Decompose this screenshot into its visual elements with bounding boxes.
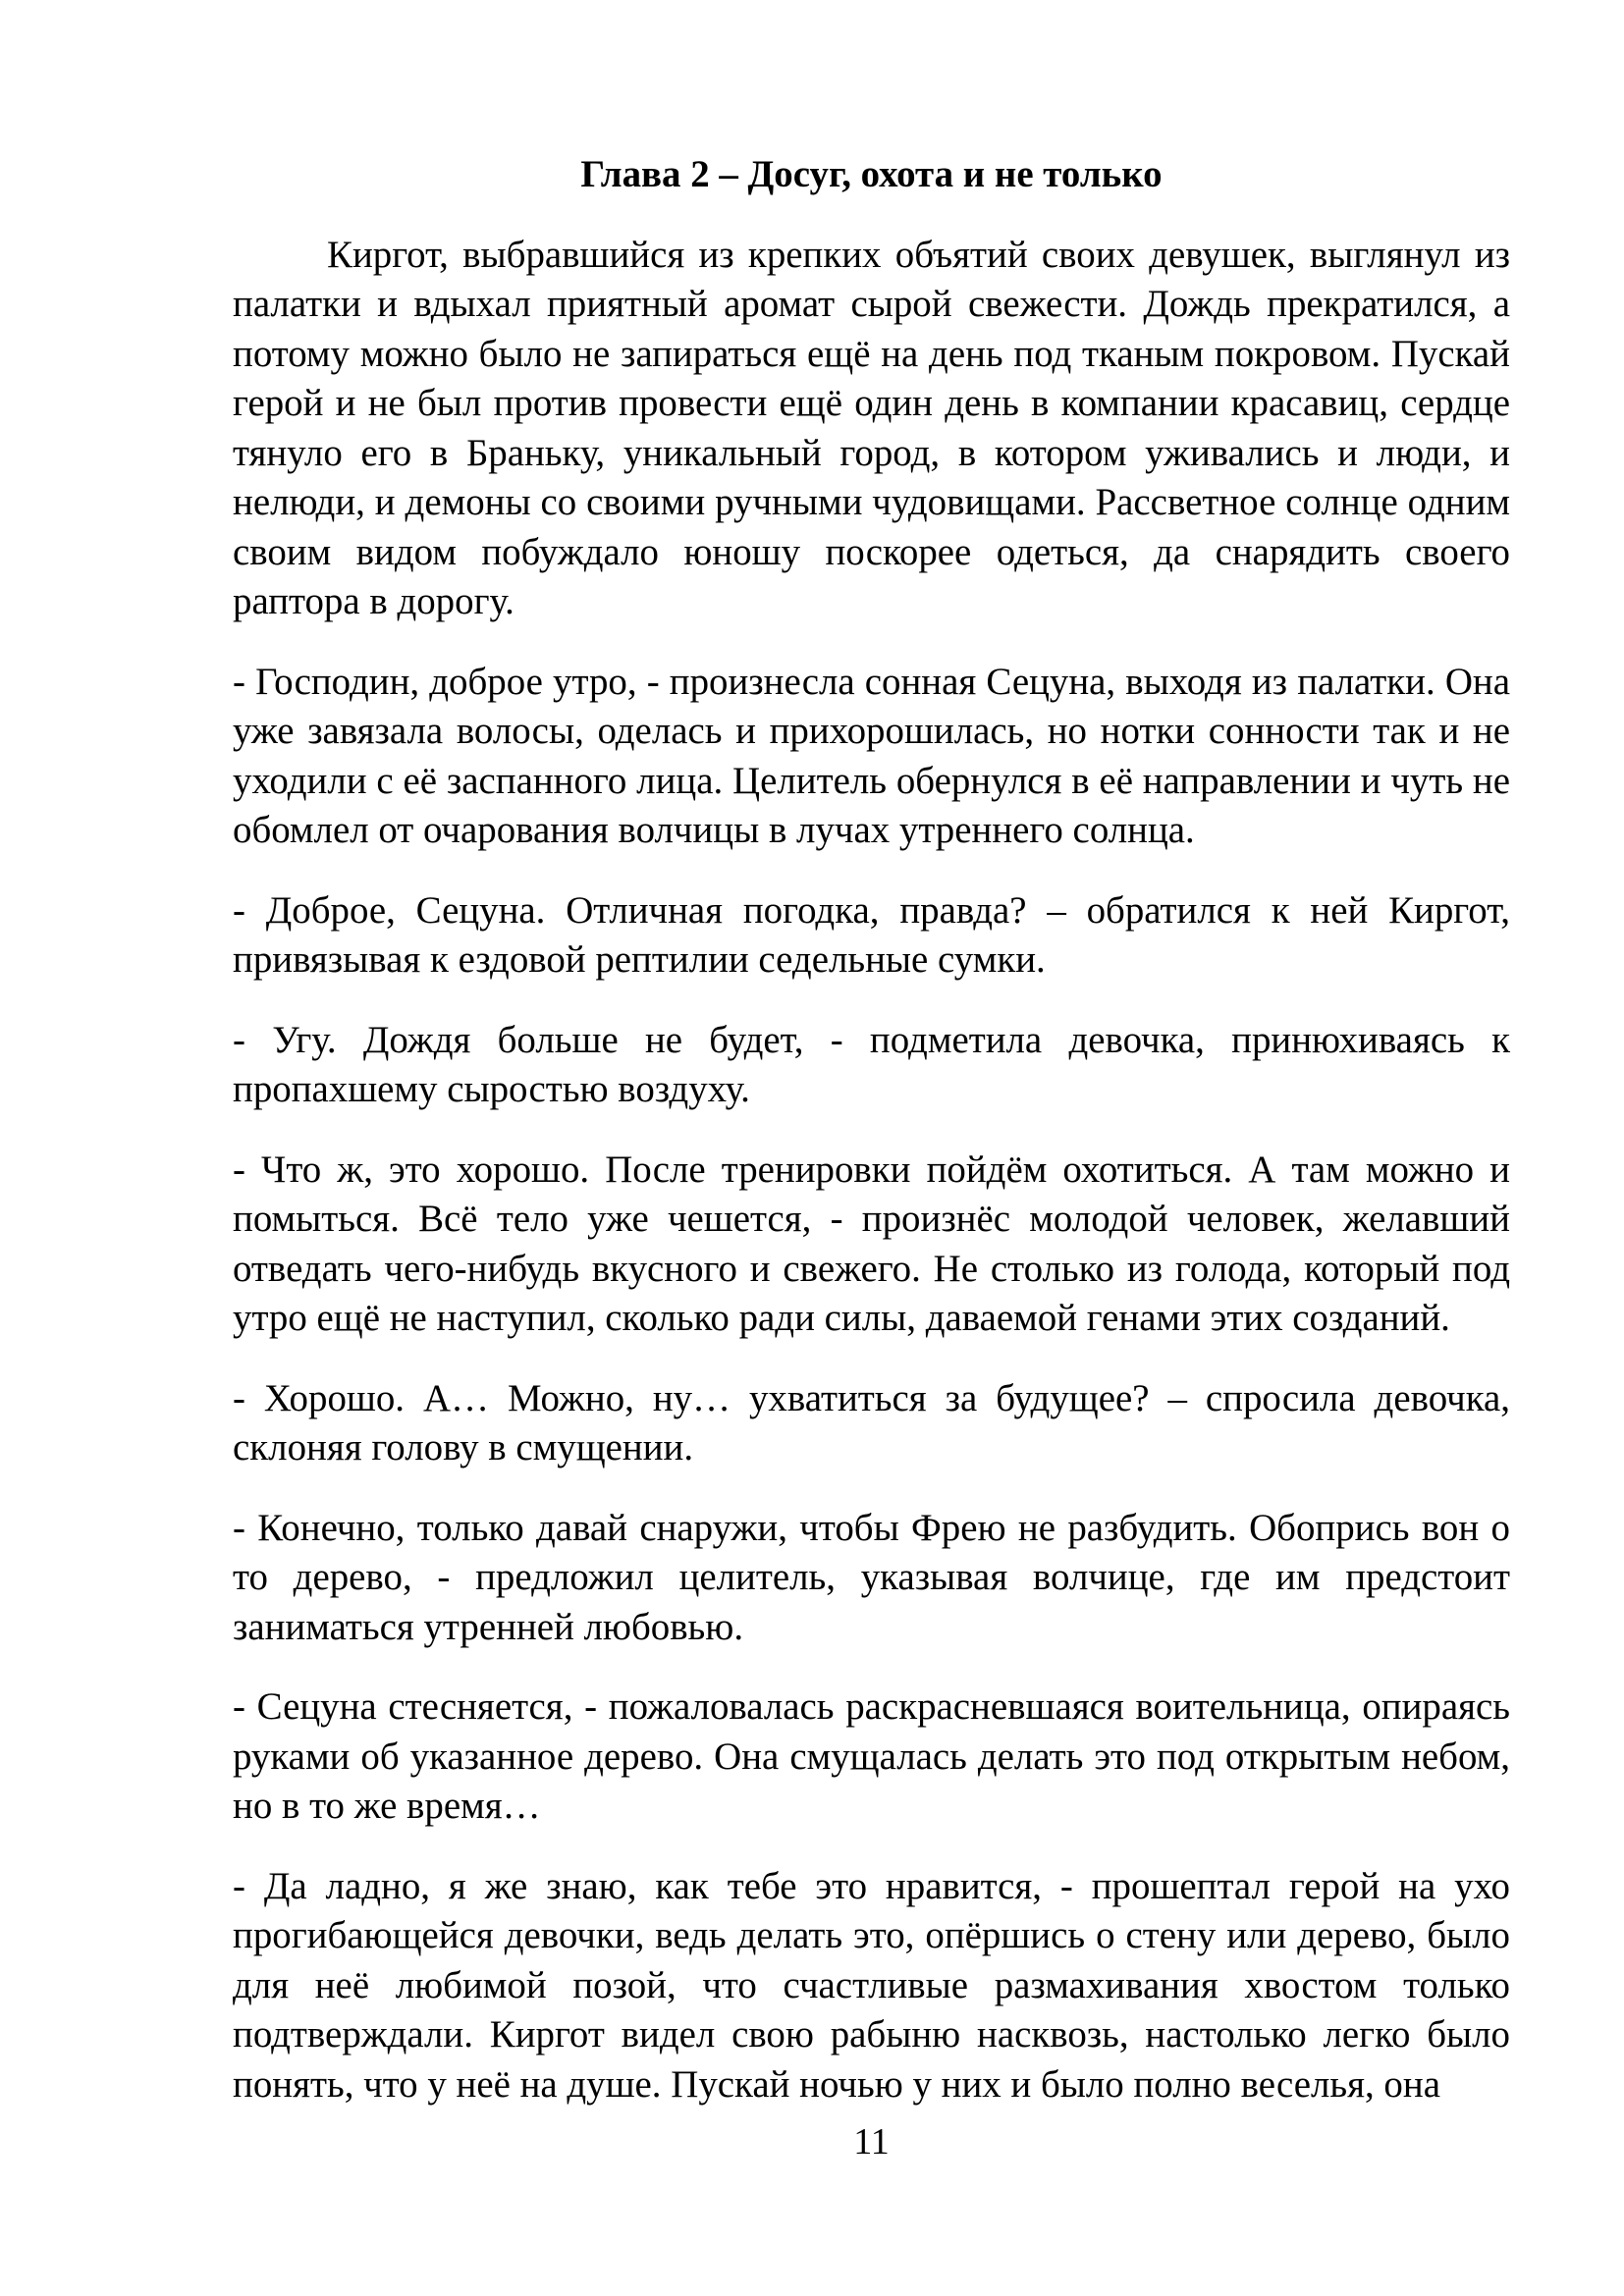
paragraph-5: - Что ж, это хорошо. После тренировки по… bbox=[233, 1146, 1510, 1344]
paragraph-4: - Угу. Дождя больше не будет, - подметил… bbox=[233, 1016, 1510, 1115]
paragraph-2: - Господин, доброе утро, - произнесла со… bbox=[233, 658, 1510, 856]
paragraph-6: - Хорошо. А… Можно, ну… ухватиться за бу… bbox=[233, 1374, 1510, 1473]
text-column: Глава 2 – Досуг, охота и не только Кирго… bbox=[233, 150, 1510, 2140]
page-number: 11 bbox=[233, 2119, 1510, 2164]
paragraph-3: - Доброе, Сецуна. Отличная погодка, прав… bbox=[233, 886, 1510, 986]
paragraph-8: - Сецуна стесняется, - пожаловалась раск… bbox=[233, 1682, 1510, 1832]
paragraph-9: - Да ладно, я же знаю, как тебе это нрав… bbox=[233, 1862, 1510, 2110]
paragraph-1: Киргот, выбравшийся из крепких объятий с… bbox=[233, 231, 1510, 627]
paragraph-7: - Конечно, только давай снаружи, чтобы Ф… bbox=[233, 1504, 1510, 1653]
chapter-title: Глава 2 – Досуг, охота и не только bbox=[233, 150, 1510, 200]
document-page: Глава 2 – Досуг, охота и не только Кирго… bbox=[0, 0, 1624, 2296]
